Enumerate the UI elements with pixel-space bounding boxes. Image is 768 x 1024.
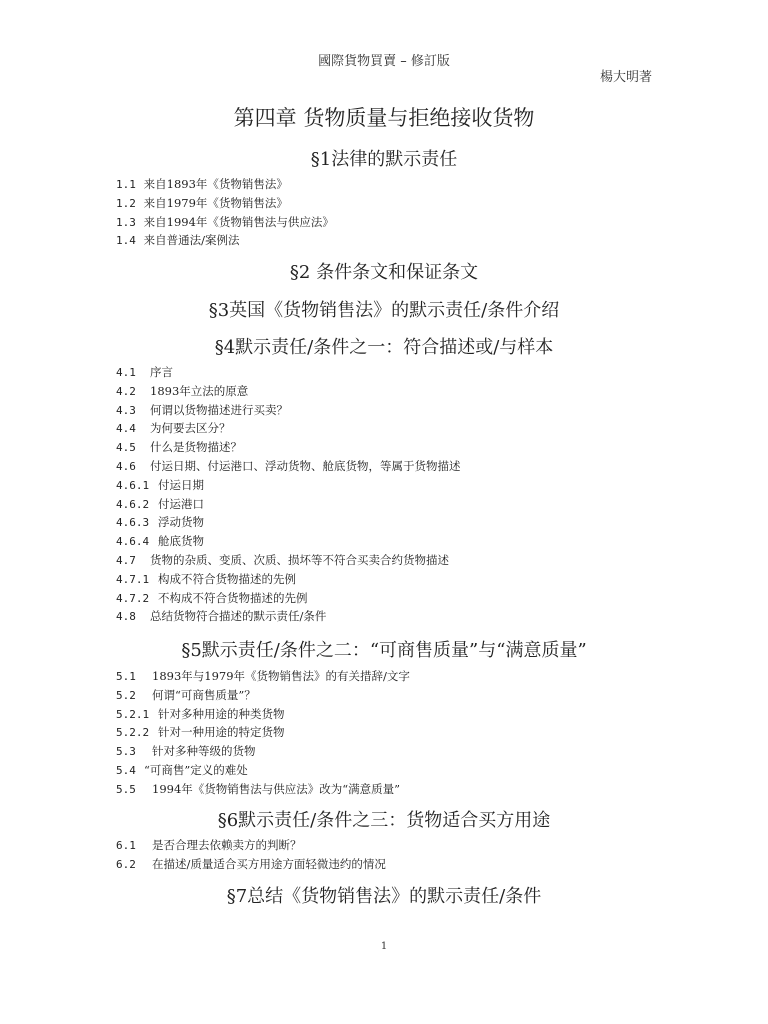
list-item: 5.3针对多种等级的货物 — [116, 742, 410, 761]
list-item: 6.1是否合理去依赖卖方的判断？ — [116, 836, 386, 855]
section-heading-2: §2 条件条文和保证条文 — [0, 258, 768, 284]
section-1-list: 1.1 来自1893年《货物销售法》 1.2 来自1979年《货物销售法》 1.… — [116, 175, 334, 250]
list-item: 4.3何谓以货物描述进行买卖？ — [116, 401, 461, 420]
list-item: 4.4为何要去区分？ — [116, 419, 461, 438]
list-item: 4.1序言 — [116, 363, 461, 382]
section-heading-7: §7总结《货物销售法》的默示责任/条件 — [0, 882, 768, 908]
list-item: 4.7.2不构成不符合货物描述的先例 — [116, 589, 461, 608]
list-item: 4.5什么是货物描述？ — [116, 438, 461, 457]
section-5-list: 5.11893年与1979年《货物销售法》的有关措辞/文字 5.2何谓“可商售质… — [116, 667, 410, 799]
list-item: 5.2何谓“可商售质量”？ — [116, 686, 410, 705]
list-item: 4.8总结货物符合描述的默示责任/条件 — [116, 607, 461, 626]
author-name: 楊大明著 — [600, 66, 652, 85]
chapter-title: 第四章 货物质量与拒绝接收货物 — [0, 102, 768, 132]
section-4-list: 4.1序言 4.21893年立法的原意 4.3何谓以货物描述进行买卖？ 4.4为… — [116, 363, 461, 626]
list-item: 4.6.1付运日期 — [116, 476, 461, 495]
book-title: 國際貨物買賣 – 修訂版 — [0, 50, 768, 69]
section-heading-3: §3英国《货物销售法》的默示责任/条件介绍 — [0, 296, 768, 322]
list-item: 4.6.2付运港口 — [116, 495, 461, 514]
section-6-list: 6.1是否合理去依赖卖方的判断？ 6.2在描述/质量适合买方用途方面轻微违约的情… — [116, 836, 386, 874]
section-heading-5: §5默示责任/条件之二：“可商售质量”与“满意质量” — [0, 636, 768, 662]
list-item: 4.21893年立法的原意 — [116, 382, 461, 401]
section-heading-6: §6默示责任/条件之三：货物适合买方用途 — [0, 806, 768, 832]
list-item: 1.4 来自普通法/案例法 — [116, 231, 334, 250]
list-item: 5.2.2针对一种用途的特定货物 — [116, 723, 410, 742]
list-item: 4.7.1构成不符合货物描述的先例 — [116, 570, 461, 589]
document-page: 國際貨物買賣 – 修訂版 楊大明著 第四章 货物质量与拒绝接收货物 §1法律的默… — [0, 0, 768, 1024]
list-item: 1.2 来自1979年《货物销售法》 — [116, 194, 334, 213]
section-heading-4: §4默示责任/条件之一：符合描述或/与样本 — [0, 333, 768, 359]
list-item: 5.2.1针对多种用途的种类货物 — [116, 705, 410, 724]
list-item: 6.2在描述/质量适合买方用途方面轻微违约的情况 — [116, 855, 386, 874]
list-item: 5.4“可商售”定义的难处 — [116, 761, 410, 780]
list-item: 4.6.4舱底货物 — [116, 532, 461, 551]
list-item: 5.11893年与1979年《货物销售法》的有关措辞/文字 — [116, 667, 410, 686]
list-item: 4.7货物的杂质、变质、次质、损坏等不符合买卖合约货物描述 — [116, 551, 461, 570]
list-item: 1.3 来自1994年《货物销售法与供应法》 — [116, 213, 334, 232]
section-heading-1: §1法律的默示责任 — [0, 145, 768, 171]
page-number: 1 — [0, 941, 768, 952]
list-item: 4.6付运日期、付运港口、浮动货物、舱底货物，等属于货物描述 — [116, 457, 461, 476]
list-item: 5.51994年《货物销售法与供应法》改为“满意质量” — [116, 780, 410, 799]
list-item: 1.1 来自1893年《货物销售法》 — [116, 175, 334, 194]
list-item: 4.6.3浮动货物 — [116, 513, 461, 532]
